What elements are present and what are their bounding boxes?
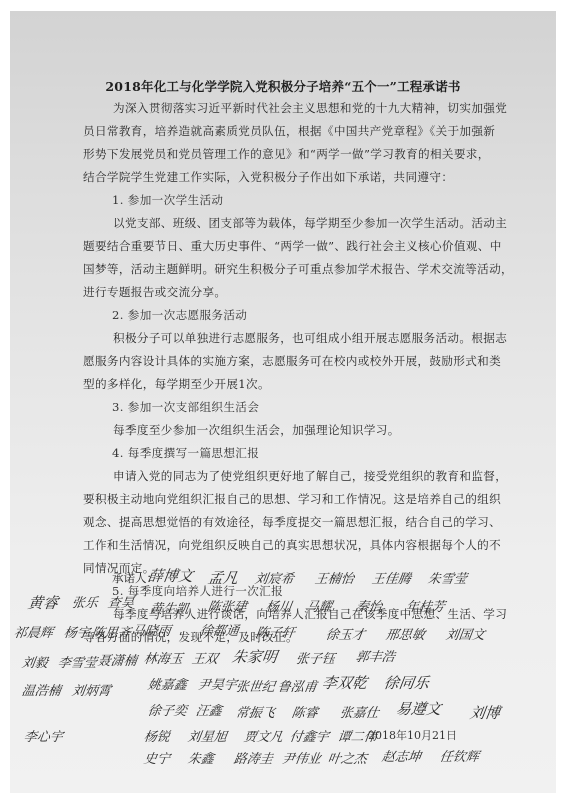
signature: 陈张建 — [207, 596, 249, 615]
intro-line: 形势下发展党员和党员管理工作的意见》和“两学一做”学习教育的相关要求， — [83, 146, 483, 162]
signature: 张嘉仕 — [339, 702, 381, 721]
signature: 陈睿 — [291, 702, 320, 721]
intro-line: 为深入贯彻落实习近平新时代社会主义思想和党的十九大精神，切实加强党 — [113, 100, 513, 116]
signing-date: 2018年10月21日 — [368, 727, 457, 743]
signature: 徐同乐 — [383, 672, 431, 693]
signature: 朱鑫 — [187, 748, 216, 767]
section-1-line: 题要结合重要节日、重大历史事件、“两学一做”、践行社会主义核心价值观、中 — [83, 238, 483, 254]
signature: 路涛圭 — [233, 748, 275, 767]
section-4-line: 工作和生活情况，向党组织反映自己的真实思想状况，具体内容根据每个人的不 — [83, 537, 483, 553]
section-heading-1: 1. 参加一次学生活动 — [112, 192, 512, 208]
signature: 祁晨辉 — [13, 622, 55, 641]
signature: 刘博 — [469, 702, 502, 723]
signature: 李心宇 — [23, 726, 65, 745]
signature: 刘宸希 — [254, 568, 296, 587]
signature: 聂潇楠 — [97, 650, 139, 669]
section-1-line: 国梦等，活动主题鲜明。研究生积极分子可重点参加学术报告、学术交流等活动， — [83, 261, 483, 277]
signature: 查昊 — [107, 592, 136, 611]
signature: 王双 — [191, 648, 220, 667]
signature: 王佳腾 — [371, 568, 413, 587]
signature: 李雪莹 — [57, 652, 99, 671]
signature: 郭丰浩 — [355, 646, 397, 665]
signature: 叶之杰 — [327, 748, 369, 767]
signature: 姚嘉鑫 — [147, 674, 189, 693]
intro-line: 员日常教育，培养造就高素质党员队伍，根据《中国共产党章程》《关于加强新 — [83, 123, 483, 139]
signature: 杨锐 — [143, 726, 172, 745]
document-title: 2018年化工与化学学院入党积极分子培养“五个一”工程承诺书 — [10, 77, 556, 95]
signature: 杨宇 — [63, 622, 92, 641]
signature: 徐子奕 — [147, 700, 189, 719]
section-4-line: 观念、提高思想觉悟的有效途径，每季度提交一篇思想汇报，结合自己的学习、 — [83, 514, 483, 530]
signature: 付鑫宇 — [289, 726, 331, 745]
signature: 徐都通 — [199, 620, 241, 639]
signature: 林海玉 — [143, 648, 185, 667]
section-1-line: 以党支部、班级、团支部等为载体，每学期至少参加一次学生活动。活动主 — [113, 215, 513, 231]
signature: 年桂芳 — [405, 596, 447, 615]
signature: 任钦辉 — [439, 746, 481, 765]
section-1-line: 进行专题报告或交流分享。 — [83, 284, 483, 300]
section-heading-4: 4. 每季度撰写一篇思想汇报 — [112, 445, 512, 461]
intro-line: 结合学院学生党建工作实际，入党积极分子作出如下承诺，共同遵守： — [83, 169, 483, 185]
signature: 尹伟业 — [281, 748, 323, 767]
signature: 汪鑫 — [195, 700, 224, 719]
signature: 徐玉才 — [325, 624, 367, 643]
signature: 黄生凯 — [149, 598, 191, 617]
signature: 刘毅 — [21, 652, 50, 671]
signature: 鲁泓甫 — [277, 676, 319, 695]
signature: 常振飞 — [235, 702, 277, 721]
section-4-line: 要积极主动地向党组织汇报自己的思想、学习和工作情况。这是培养自己的组织 — [83, 491, 483, 507]
signature: 朱雪莹 — [427, 568, 469, 587]
signature: 李双乾 — [321, 672, 369, 693]
signature: 尹昊宇 — [197, 674, 239, 693]
signature: 马晓雨 — [131, 620, 173, 639]
signature: 贾文凡 — [243, 726, 285, 745]
signature: 刘国文 — [445, 624, 487, 643]
signature: 王楠怡 — [314, 568, 356, 587]
signature: 史宁 — [143, 748, 172, 767]
section-2-line: 型的多样化，每学期至少开展1次。 — [83, 376, 483, 392]
signature: 马耀 — [305, 596, 334, 615]
signature: 秦怡 — [355, 596, 384, 615]
signature: 朱家明 — [231, 646, 279, 667]
section-heading-2: 2. 参加一次志愿服务活动 — [112, 307, 512, 323]
signature: 张乐 — [71, 592, 100, 611]
section-4-line: 申请入党的同志为了使党组织更好地了解自己，接受党组织的教育和监督， — [113, 468, 513, 484]
signature: 陈子轩 — [255, 622, 297, 641]
section-2-line: 积极分子可以单独进行志愿服务，也可组成小组开展志愿服务活动。根据志 — [113, 330, 513, 346]
section-heading-3: 3. 参加一次支部组织生活会 — [112, 399, 512, 415]
signature: 刘炳霄 — [71, 680, 113, 699]
signature: 孟凡 — [207, 567, 240, 588]
signature: 陈思齐 — [91, 622, 133, 641]
signature: 刘星旭 — [187, 726, 229, 745]
signature: 邢思敏 — [385, 624, 427, 643]
signature: 张子钰 — [295, 648, 337, 667]
signature: 黄睿 — [27, 592, 60, 613]
signature: 张世纪 — [235, 676, 277, 695]
signature: 赵志坤 — [381, 746, 423, 765]
signature: 杨川 — [265, 596, 294, 615]
signature: 温浩楠 — [21, 680, 63, 699]
signature: 薛博文 — [147, 565, 195, 586]
signature: 易遵文 — [395, 698, 443, 719]
section-3-line: 每季度至少参加一次组织生活会，加强理论知识学习。 — [113, 422, 513, 438]
section-2-line: 愿服务内容设计具体的实施方案，志愿服务可在校内或校外开展，鼓励形式和类 — [83, 353, 483, 369]
